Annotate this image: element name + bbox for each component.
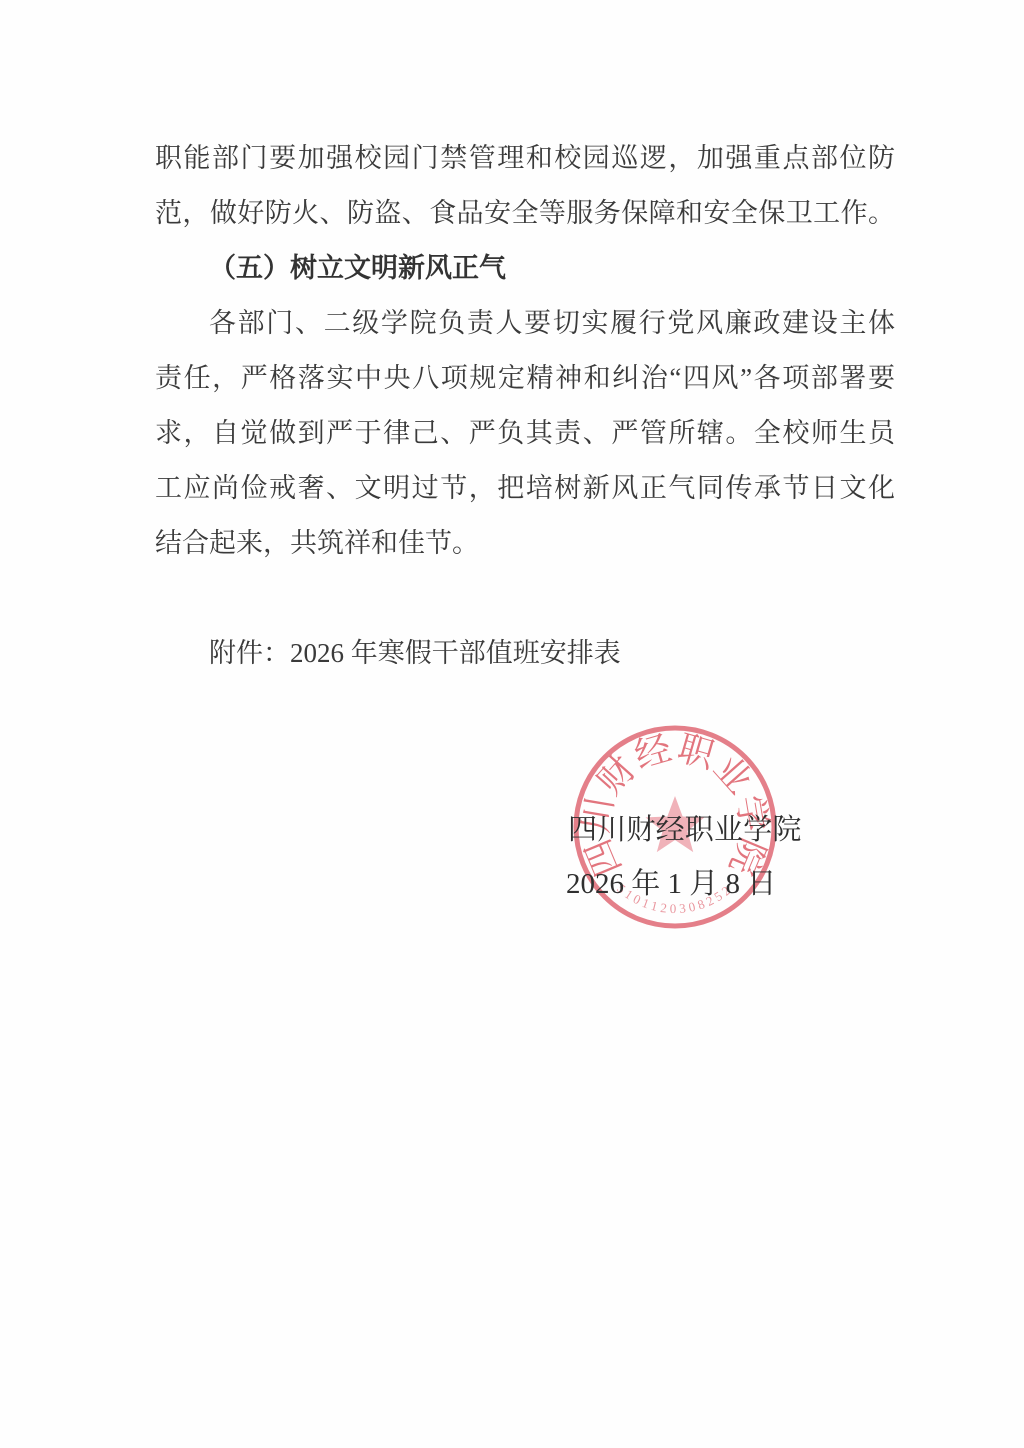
body-line: 求，自觉做到严于律己、严负其责、严管所辖。全校师生员 [155,406,895,461]
body-line: 各部门、二级学院负责人要切实履行党风廉政建设主体 [155,296,895,351]
signature-organization: 四川财经职业学院 [568,807,802,848]
body-line: 工应尚俭戒奢、文明过节，把培树新风正气同传承节日文化 [155,461,895,516]
signature-date: 2026 年 1 月 8 日 [566,861,776,902]
body-line: 责任，严格落实中央八项规定精神和纠治“四风”各项部署要 [155,351,895,406]
page-background: 职能部门要加强校园门禁管理和校园巡逻，加强重点部位防 范，做好防火、防盗、食品安… [0,0,1024,1448]
document-body: 职能部门要加强校园门禁管理和校园巡逻，加强重点部位防 范，做好防火、防盗、食品安… [155,131,895,681]
body-line: 职能部门要加强校园门禁管理和校园巡逻，加强重点部位防 [155,131,895,186]
body-line: 范，做好防火、防盗、食品安全等服务保障和安全保卫工作。 [155,186,895,241]
section-heading: （五）树立文明新风正气 [155,241,895,296]
body-line: 结合起来，共筑祥和佳节。 [155,516,895,571]
scanned-document-page: { "document": { "body_lines": [ "职能部门要加强… [0,0,1024,1448]
attachment-line: 附件：2026 年寒假干部值班安排表 [155,626,895,681]
